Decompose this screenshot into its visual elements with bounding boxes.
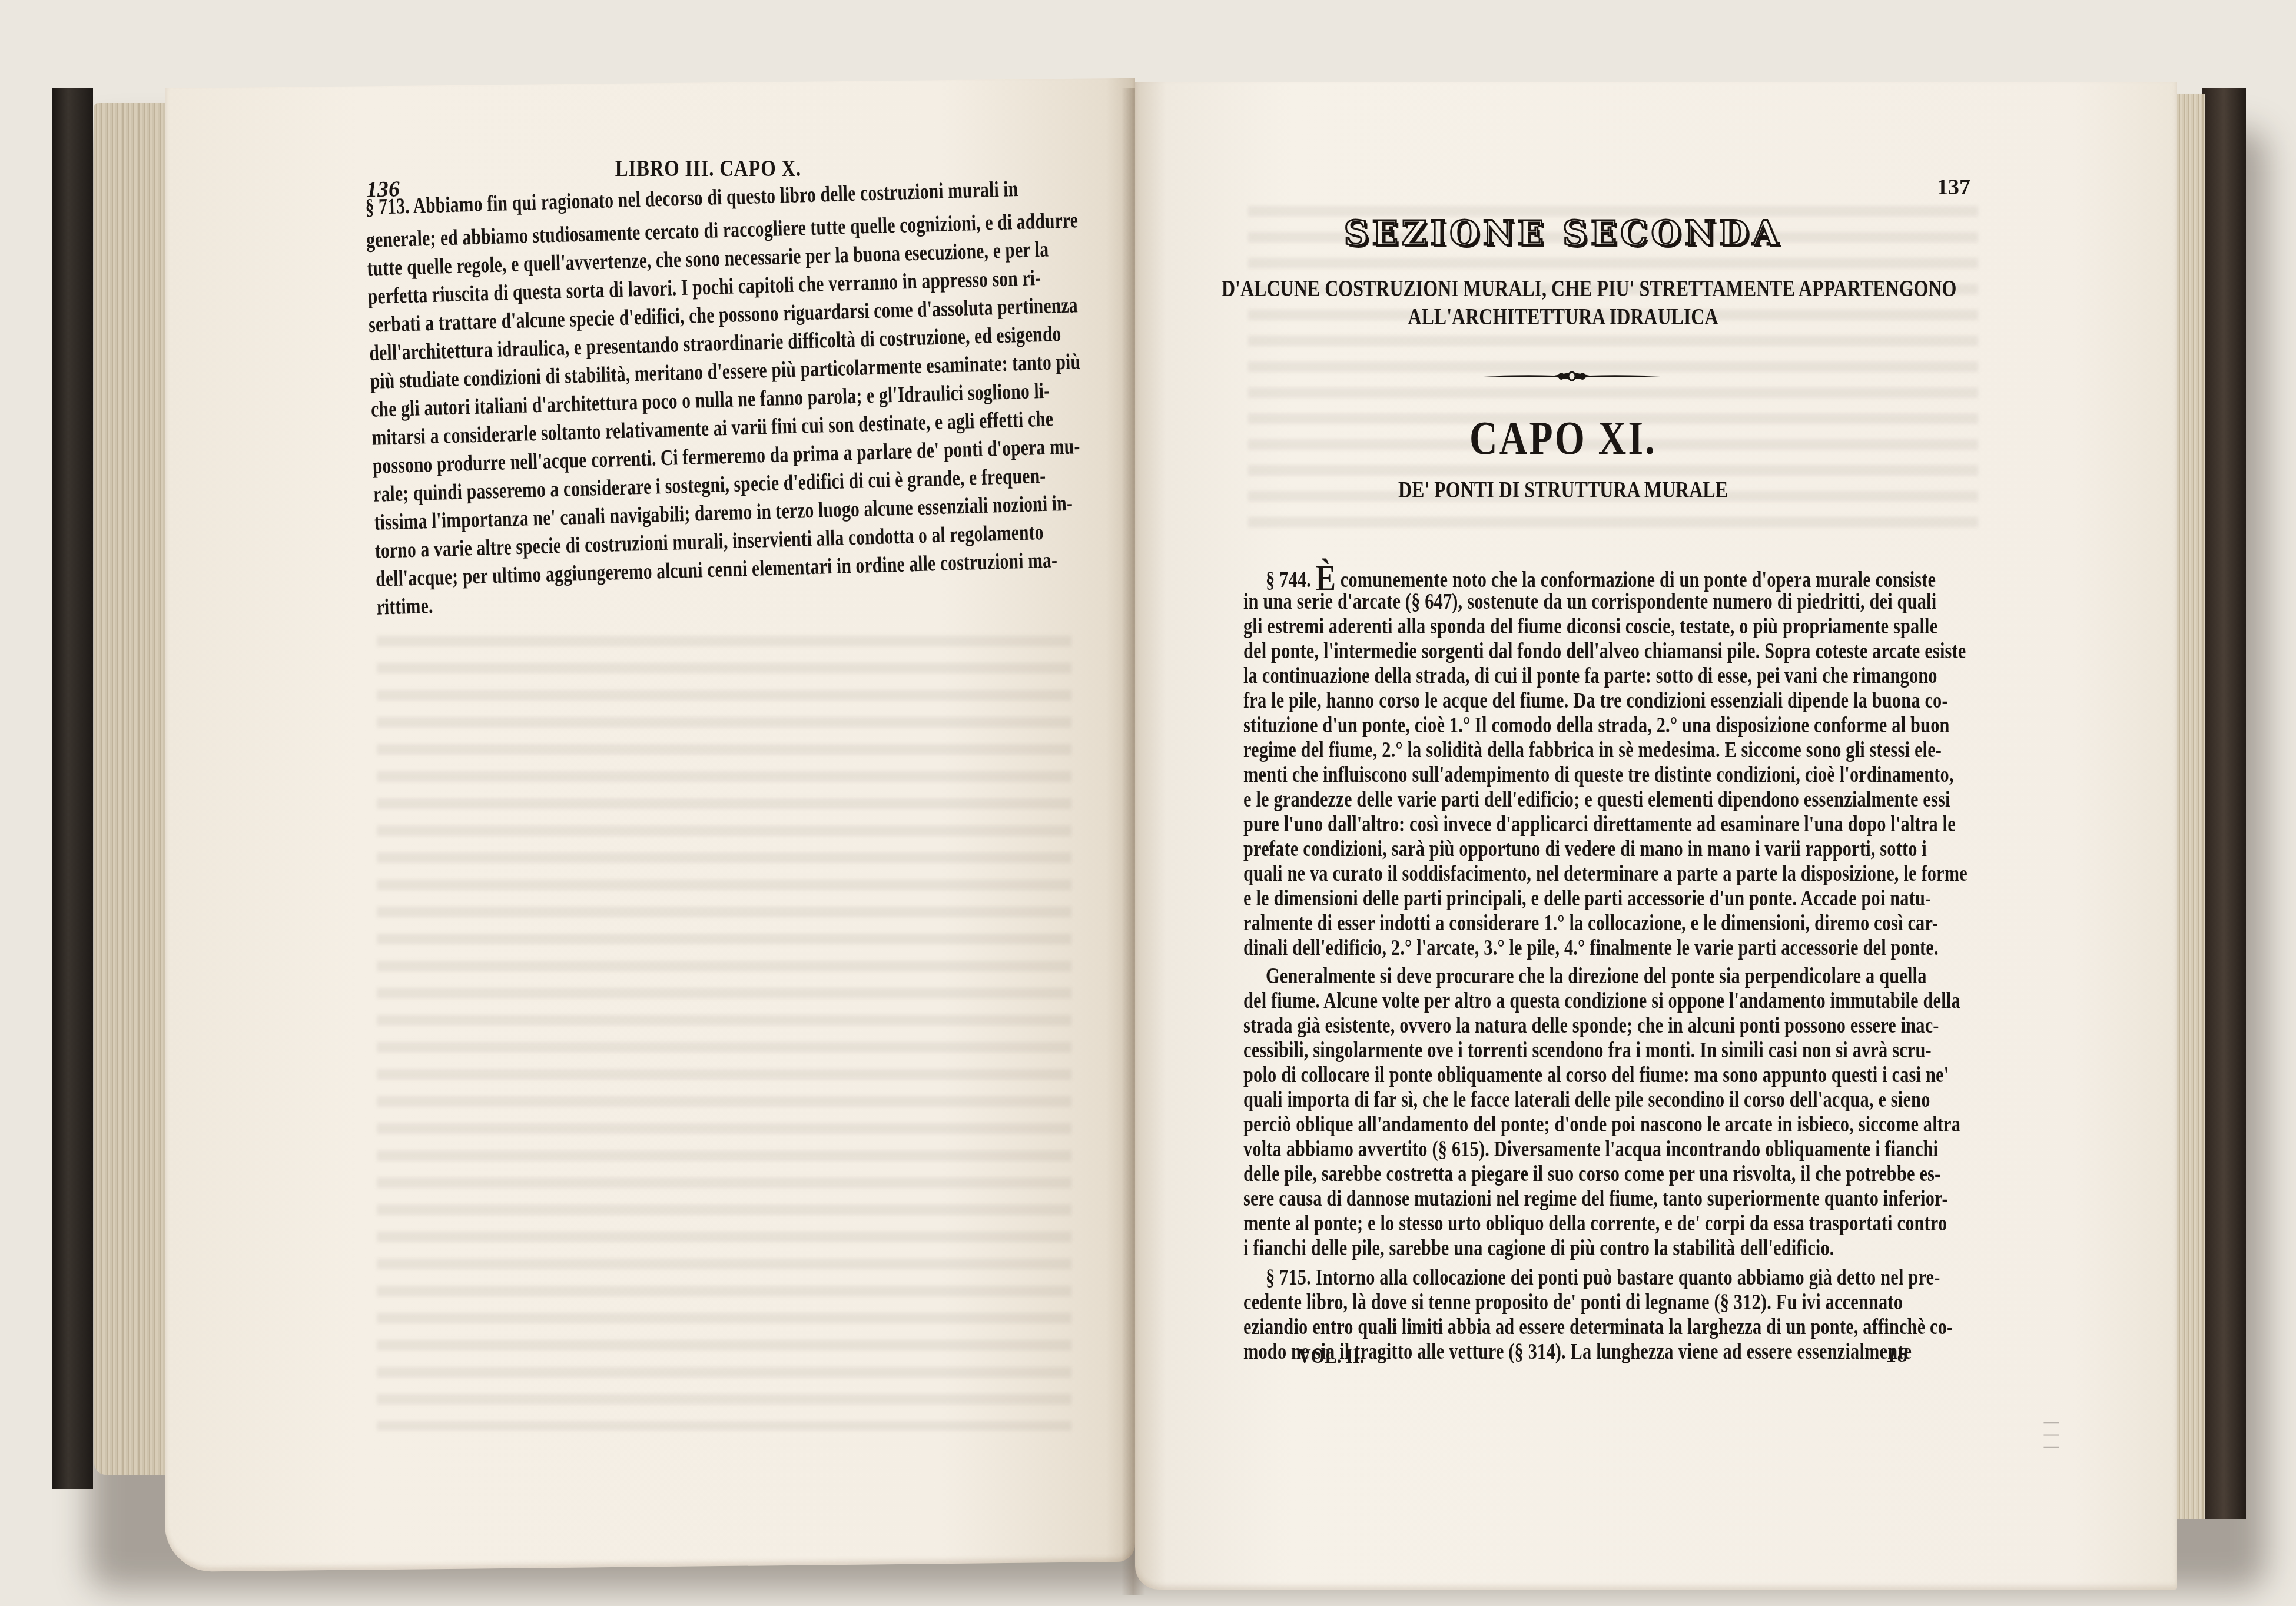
text-line: fra le pile, hanno corso le acque del fi… xyxy=(1243,688,1948,714)
footer-volume: VOL. II. xyxy=(1298,1343,1364,1368)
text-line: del ponte, l'intermedie sorgenti dal fon… xyxy=(1243,638,1966,664)
text-line: § 715. Intorno alla collocazione dei pon… xyxy=(1266,1265,1940,1290)
text-line: perciò oblique all'andamento del ponte; … xyxy=(1243,1111,1960,1137)
text-line: dinali dell'edificio, 2.° l'arcate, 3.° … xyxy=(1243,935,1939,961)
page-block-edge-left xyxy=(94,103,168,1475)
text-line: del fiume. Alcune volte per altro a ques… xyxy=(1243,988,1960,1014)
text-line: sere causa di dannose mutazioni nel regi… xyxy=(1243,1186,1948,1212)
text-line: la continuazione della strada, di cui il… xyxy=(1243,663,1937,689)
text-line: stituzione d'un ponte, cioè 1.° Il comod… xyxy=(1243,712,1950,738)
text-line: in una serie d'arcate (§ 647), sostenute… xyxy=(1243,589,1936,615)
chapter-subtitle-wrap: DE' PONTI DI STRUTTURA MURALE xyxy=(1136,476,1990,503)
text-line: regime del fiume, 2.° la solidità della … xyxy=(1243,737,1942,763)
pencil-marks: ∣ ∣ ∣ xyxy=(2043,1419,2061,1507)
right-page-number: 137 xyxy=(1937,174,1970,200)
text-line: e le dimensioni delle parti principali, … xyxy=(1243,885,1931,911)
ornament-divider xyxy=(1484,370,1660,386)
section-title: SEZIONE SECONDA xyxy=(1344,213,1783,253)
text-line: quali importa di far sì, che le facce la… xyxy=(1243,1087,1930,1113)
text-line: volta abbiamo avvertito (§ 615). Diversa… xyxy=(1243,1136,1938,1162)
left-page-show-through xyxy=(377,636,1071,1431)
text-line: rittime. xyxy=(376,593,433,620)
book-cover-left xyxy=(52,88,93,1489)
section-subtitle-line-1: D'ALCUNE COSTRUZIONI MURALI, CHE PIU' ST… xyxy=(1222,274,1905,302)
text-line: polo di collocare il ponte obliquamente … xyxy=(1243,1062,1949,1088)
text-line: cessibili, singolarmente ove i torrenti … xyxy=(1243,1037,1932,1063)
text-line: e le grandezze delle varie parti dell'ed… xyxy=(1243,787,1950,812)
text-line: quali ne va curato il soddisfacimento, n… xyxy=(1243,861,1967,887)
chapter-subtitle: DE' PONTI DI STRUTTURA MURALE xyxy=(1222,476,1905,503)
page-block-edge-right xyxy=(2172,94,2205,1519)
text-line: delle pile, sarebbe costretta a piegare … xyxy=(1243,1161,1940,1187)
text-line: eziandio entro quali limiti abbia ad ess… xyxy=(1243,1314,1953,1340)
chapter-title-wrap: CAPO XI. xyxy=(1136,412,1990,466)
text-line: ralmente di esser indotti a considerare … xyxy=(1243,910,1938,936)
text-line: mente al ponte; e lo stesso urto obliquo… xyxy=(1243,1210,1947,1236)
text-line: strada già esistente, ovvero la natura d… xyxy=(1243,1013,1939,1038)
book-cover-right xyxy=(2202,88,2246,1519)
text-line: gli estremi aderenti alla sponda del fiu… xyxy=(1243,613,1937,639)
section-title-wrap: SEZIONE SECONDA xyxy=(1136,213,1990,253)
ornament-icon xyxy=(1484,370,1660,383)
text-line: pure l'uno dall'altro: così invece d'app… xyxy=(1243,811,1956,837)
text-line: prefate condizioni, sarà più opportuno d… xyxy=(1243,836,1927,862)
section-subtitle-wrap-2: ALL'ARCHITETTURA IDRAULICA xyxy=(1136,303,1990,330)
section-subtitle-line-2: ALL'ARCHITETTURA IDRAULICA xyxy=(1222,303,1905,330)
text-line: cedente libro, là dove si tenne proposit… xyxy=(1243,1289,1903,1315)
chapter-title: CAPO XI. xyxy=(1213,412,1913,466)
footer-signature: 18 xyxy=(1887,1342,1908,1367)
text-line: Generalmente si deve procurare che la di… xyxy=(1266,963,1927,989)
text-line: menti che influiscono sull'adempimento d… xyxy=(1243,762,1954,788)
section-subtitle-wrap-1: D'ALCUNE COSTRUZIONI MURALI, CHE PIU' ST… xyxy=(1136,274,1990,302)
left-running-head: LIBRO III. CAPO X. xyxy=(615,154,801,182)
text-line: i fianchi delle pile, sarebbe una cagion… xyxy=(1243,1235,1834,1261)
